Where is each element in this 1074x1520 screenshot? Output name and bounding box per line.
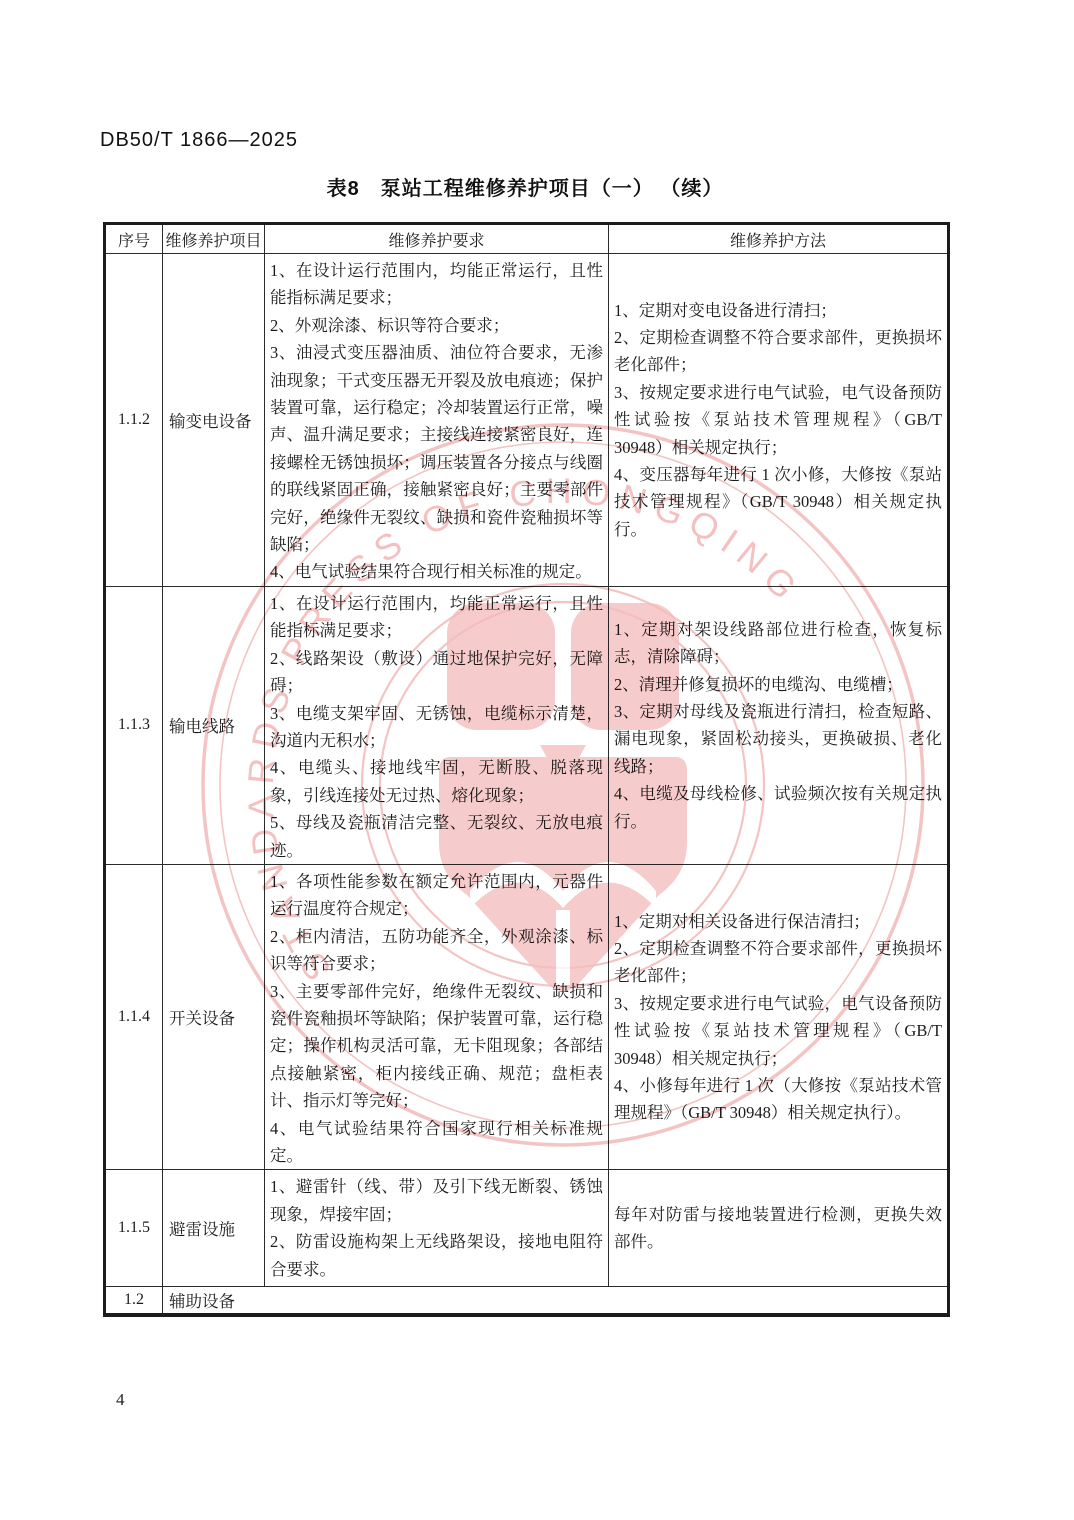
table-row: 1.1.5 避雷设施 1、避雷针（线、带）及引下线无断裂、锈蚀现象，焊接牢固； … [105, 1170, 949, 1287]
row-item: 开关设备 [163, 864, 265, 1169]
row-serial: 1.1.3 [105, 586, 163, 864]
row-requirements: 1、各项性能参数在额定允许范围内，元器件运行温度符合规定； 2、柜内清洁，五防功… [265, 864, 609, 1169]
maintenance-table: 序号 维修养护项目 维修养护要求 维修养护方法 1.1.2 输变电设备 1、在设… [103, 222, 950, 1317]
page-number: 4 [116, 1390, 125, 1410]
table-row: 1.1.3 输电线路 1、在设计运行范围内，均能正常运行，且性能指标满足要求； … [105, 586, 949, 864]
row-serial: 1.2 [105, 1287, 163, 1315]
row-requirements: 1、避雷针（线、带）及引下线无断裂、锈蚀现象，焊接牢固； 2、防雷设施构架上无线… [265, 1170, 609, 1287]
header-requirements: 维修养护要求 [265, 224, 609, 254]
row-serial: 1.1.4 [105, 864, 163, 1169]
header-methods: 维修养护方法 [609, 224, 949, 254]
row-item: 输变电设备 [163, 254, 265, 587]
row-methods: 每年对防雷与接地装置进行检测，更换失效部件。 [609, 1170, 949, 1287]
row-serial: 1.1.2 [105, 254, 163, 587]
row-item: 避雷设施 [163, 1170, 265, 1287]
row-methods: 1、定期对变电设备进行清扫； 2、定期检查调整不符合要求部件，更换损坏老化部件；… [609, 254, 949, 587]
header-item: 维修养护项目 [163, 224, 265, 254]
table-header-row: 序号 维修养护项目 维修养护要求 维修养护方法 [105, 224, 949, 254]
table-row: 1.1.4 开关设备 1、各项性能参数在额定允许范围内，元器件运行温度符合规定；… [105, 864, 949, 1169]
header-serial: 序号 [105, 224, 163, 254]
row-serial: 1.1.5 [105, 1170, 163, 1287]
row-item: 输电线路 [163, 586, 265, 864]
row-requirements: 1、在设计运行范围内，均能正常运行，且性能指标满足要求； 2、线路架设（敷设）通… [265, 586, 609, 864]
table-title: 表8 泵站工程维修养护项目（一） （续） [103, 172, 947, 201]
row-requirements: 1、在设计运行范围内，均能正常运行，且性能指标满足要求； 2、外观涂漆、标识等符… [265, 254, 609, 587]
table-row: 1.2 辅助设备 [105, 1287, 949, 1315]
row-methods: 1、定期对相关设备进行保洁清扫； 2、定期检查调整不符合要求部件，更换损坏老化部… [609, 864, 949, 1169]
row-methods: 1、定期对架设线路部位进行检查，恢复标志，清除障碍； 2、清理并修复损坏的电缆沟… [609, 586, 949, 864]
document-page: DB50/T 1866—2025 表8 泵站工程维修养护项目（一） （续） 序号… [0, 0, 1074, 1520]
standard-number: DB50/T 1866—2025 [100, 129, 298, 152]
row-item: 辅助设备 [163, 1287, 949, 1315]
table-row: 1.1.2 输变电设备 1、在设计运行范围内，均能正常运行，且性能指标满足要求；… [105, 254, 949, 587]
